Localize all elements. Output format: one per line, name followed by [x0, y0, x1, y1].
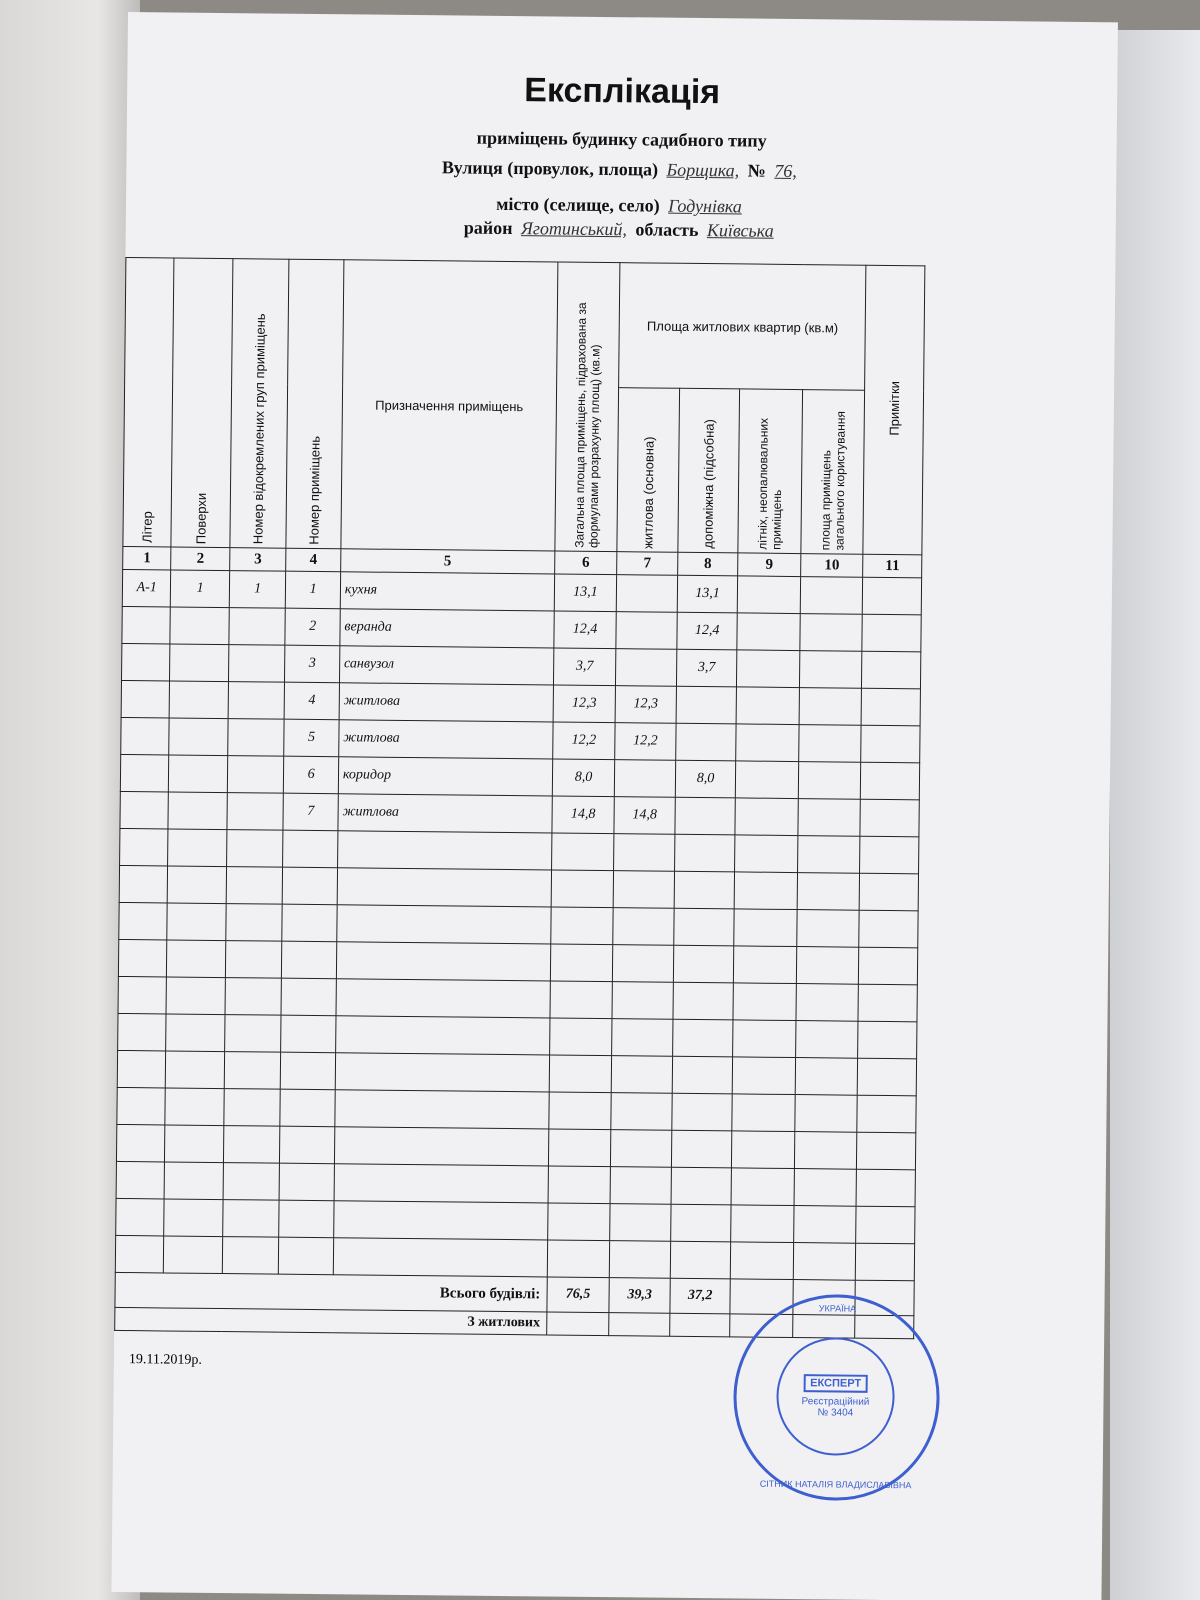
cell-purpose: веранда	[340, 609, 554, 648]
cell-aux: 12,4	[677, 612, 738, 650]
cell-living: 14,8	[614, 797, 675, 835]
header-floors: Поверхи	[171, 258, 233, 548]
cell-floor	[170, 644, 229, 682]
cell-empty	[798, 799, 861, 837]
street-value: Борщика,	[662, 160, 743, 181]
cell-total: 14,8	[552, 796, 615, 834]
cell-liter	[121, 717, 170, 755]
cell-total: 12,2	[552, 722, 615, 760]
cell-empty	[736, 687, 799, 725]
explication-table: Літер Поверхи Номер відокремлених груп п…	[114, 257, 925, 1339]
cell-floor	[168, 792, 227, 830]
cell-empty	[862, 614, 921, 652]
cell-total: 3,7	[553, 648, 616, 686]
stamp-registry: Реєстраційний	[802, 1396, 870, 1408]
cell-empty	[798, 762, 861, 800]
col-num: 7	[617, 552, 678, 576]
stamp-country: УКРАЇНА	[737, 1302, 937, 1314]
number-label: №	[748, 160, 766, 180]
cell-room: 5	[284, 719, 339, 757]
cell-aux	[675, 797, 736, 835]
cell-floor	[169, 755, 228, 793]
cell-room: 3	[285, 645, 340, 683]
cell-empty	[861, 725, 920, 763]
city-value: Годунівка	[664, 196, 746, 217]
document-subtitle: приміщень будинку садибного типу	[127, 124, 1117, 155]
col-num: 11	[863, 554, 922, 578]
col-num: 8	[677, 552, 738, 576]
cell-liter	[120, 791, 169, 829]
cell-floor	[170, 681, 229, 719]
cell-total: 13,1	[554, 574, 617, 612]
cell-empty	[800, 577, 863, 615]
cell-total: 8,0	[552, 759, 615, 797]
cell-liter	[121, 643, 170, 681]
cell-room: 7	[283, 793, 338, 831]
cell-empty	[799, 688, 862, 726]
cell-living: 12,3	[615, 686, 676, 724]
cell-empty	[861, 688, 920, 726]
cell-aux: 3,7	[676, 649, 737, 687]
cell-purpose: житлова	[339, 720, 553, 759]
header-living-main: житлова (основна)	[617, 388, 679, 553]
cell-empty	[737, 613, 800, 651]
cell-total: 12,4	[554, 611, 617, 649]
cell-living	[617, 575, 678, 613]
cell-floor: 1	[171, 570, 230, 608]
cell-room: 4	[285, 682, 340, 720]
cell-purpose: кухня	[340, 572, 554, 611]
header-living-area-group: Площа житлових квартир (кв.м)	[619, 263, 866, 391]
cell-group	[227, 793, 284, 831]
col-num: 5	[341, 549, 555, 574]
street-line: Вулиця (провулок, площа) Борщика, № 76,	[126, 154, 1116, 185]
col-num: 3	[230, 548, 287, 572]
cell-living	[616, 649, 677, 687]
cell-aux	[675, 723, 736, 761]
document-page: Експлікація приміщень будинку садибного …	[111, 12, 1117, 1600]
cell-purpose: санвузол	[339, 646, 553, 685]
cell-empty	[860, 799, 919, 837]
cell-room: 2	[285, 608, 340, 646]
cell-empty	[863, 577, 922, 615]
cell-empty	[736, 724, 799, 762]
cell-empty	[799, 651, 862, 689]
cell-empty	[736, 761, 799, 799]
cell-group	[227, 756, 284, 794]
cell-empty	[738, 576, 801, 614]
cell-floor	[170, 607, 229, 645]
document-date: 19.11.2019р.	[129, 1352, 202, 1369]
cell-liter: А-1	[122, 569, 171, 607]
cell-purpose: житлова	[338, 794, 552, 833]
cell-empty	[735, 798, 798, 836]
district-label: район	[464, 218, 513, 239]
total-aux: 37,2	[670, 1278, 731, 1314]
stamp-registry-no: № 3404	[817, 1407, 853, 1418]
cell-group: 1	[229, 571, 286, 609]
header-group-number: Номер відокремлених груп приміщень	[230, 259, 290, 549]
document-title: Експлікація	[127, 67, 1117, 116]
col-num: 10	[800, 554, 863, 578]
district-value: Яготинський,	[517, 218, 631, 239]
cell-group	[228, 719, 285, 757]
cell-living	[616, 612, 677, 650]
expert-stamp: УКРАЇНА ЕКСПЕРТ Реєстраційний № 3404 СІТ…	[732, 1293, 940, 1501]
total-area: 76,5	[547, 1277, 610, 1313]
header-purpose: Призначення приміщень	[341, 260, 558, 551]
header-total-area: Загальна площа приміщень, підрахована за…	[555, 262, 621, 552]
header-common: площа приміщень загального користування	[801, 390, 865, 555]
col-num: 1	[123, 546, 172, 570]
cell-empty	[862, 651, 921, 689]
cell-total: 12,3	[553, 685, 616, 723]
cell-liter	[122, 606, 171, 644]
cell-living	[615, 760, 676, 798]
col-num: 2	[171, 547, 230, 571]
region-value: Київська	[703, 220, 778, 241]
cell-liter	[120, 754, 169, 792]
stamp-name: СІТНИК НАТАЛІЯ ВЛАДИСЛАВІВНА	[736, 1478, 936, 1490]
cell-purpose: коридор	[338, 757, 552, 796]
of-living-label: З житлових	[115, 1307, 547, 1335]
total-label: Всього будівлі:	[115, 1272, 547, 1312]
header-summer: літніх, неопалювальних приміщень	[738, 389, 802, 554]
cell-empty	[861, 762, 920, 800]
cell-empty	[800, 614, 863, 652]
col-num: 6	[554, 551, 617, 575]
header-auxiliary: допоміжна (підсобна)	[678, 388, 740, 553]
cell-empty	[799, 725, 862, 763]
cell-room: 6	[284, 756, 339, 794]
col-num: 9	[738, 553, 801, 577]
cell-aux: 8,0	[675, 760, 736, 798]
cell-group	[228, 645, 285, 683]
table-body: А-1111кухня13,113,12веранда12,412,43санв…	[115, 569, 921, 1280]
cell-aux: 13,1	[677, 575, 738, 613]
region-label: область	[635, 219, 698, 240]
stamp-badge: ЕКСПЕРТ	[804, 1374, 867, 1393]
cell-purpose: житлова	[339, 683, 553, 722]
cell-group	[228, 682, 285, 720]
cell-floor	[169, 718, 228, 756]
header-liter: Літер	[123, 257, 174, 546]
cell-group	[229, 608, 286, 646]
cell-room: 1	[286, 571, 341, 609]
number-value: 76,	[770, 161, 801, 181]
underlying-pages	[1110, 30, 1200, 1600]
header-room-number: Номер приміщень	[286, 259, 343, 549]
cell-empty	[737, 650, 800, 688]
city-label: місто (селище, село)	[496, 194, 660, 216]
cell-liter	[121, 680, 170, 718]
header-notes: Примітки	[863, 265, 925, 555]
total-living: 39,3	[609, 1278, 670, 1314]
cell-living: 12,2	[615, 723, 676, 761]
col-num: 4	[286, 548, 341, 572]
street-label: Вулиця (провулок, площа)	[442, 157, 658, 179]
cell-aux	[676, 686, 737, 724]
